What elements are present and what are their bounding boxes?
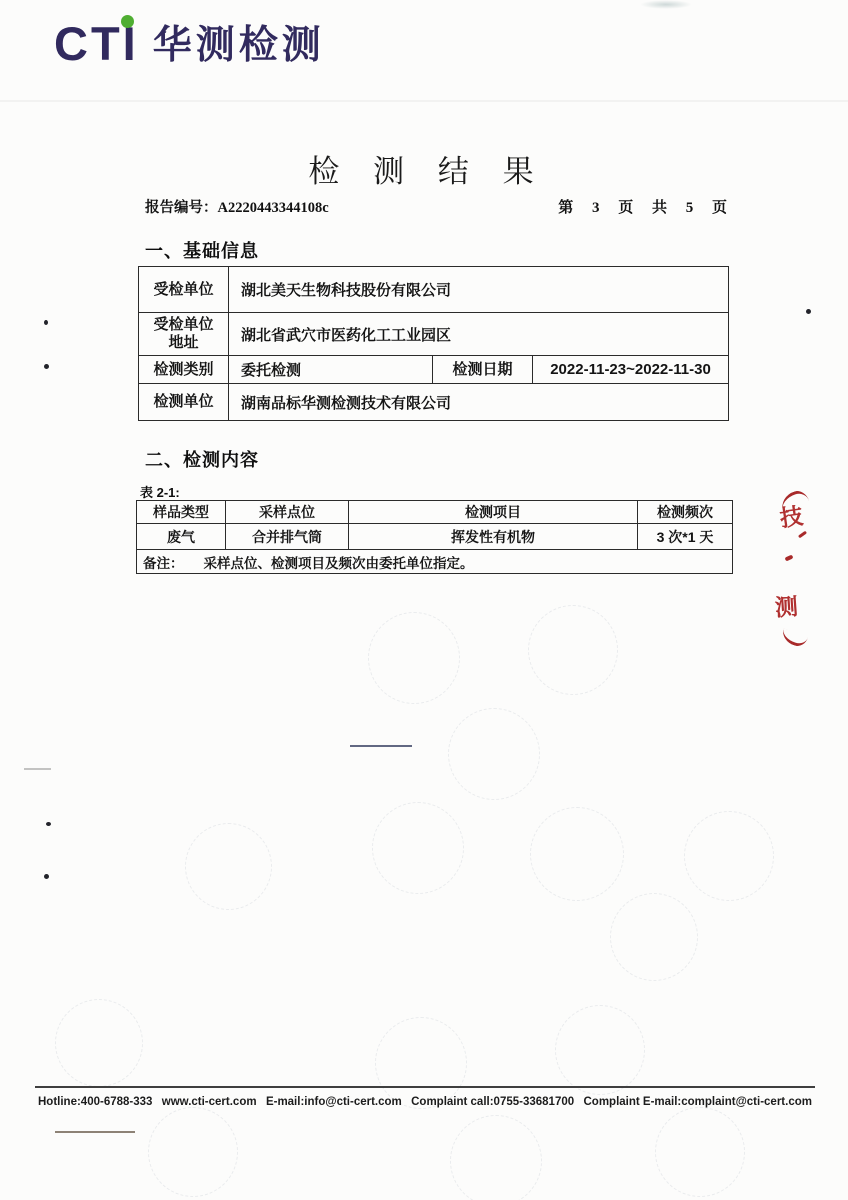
report-number: 报告编号：A2220443344108c [145, 196, 329, 217]
footer-complaint-email: Complaint E-mail:complaint@cti-cert.com [584, 1096, 812, 1108]
row-label-address: 受检单位地址 [139, 313, 229, 356]
table-header-row: 样品类型 采样点位 检测项目 检测频次 [137, 501, 733, 524]
row-label-test-type: 检测类别 [139, 356, 229, 384]
table-row: 受检单位 湖北美天生物科技股份有限公司 [139, 267, 729, 313]
watermark-ghost [655, 1107, 745, 1197]
watermark-ghost [368, 612, 460, 704]
row-value-test-date: 2022-11-23~2022-11-30 [533, 356, 729, 384]
test-content-table: 样品类型 采样点位 检测项目 检测频次 废气 合并排气筒 挥发性有机物 3 次*… [136, 500, 733, 574]
seal-character-top: 技 [779, 505, 805, 531]
watermark-ghost [148, 1107, 238, 1197]
scan-speck [46, 822, 51, 826]
watermark-ghost [450, 1115, 542, 1200]
row-value-address: 湖北省武穴市医药化工工业园区 [229, 313, 729, 356]
footer-divider [35, 1086, 815, 1088]
scan-line [350, 745, 412, 747]
scan-speck [44, 364, 49, 369]
table-row: 受检单位地址 湖北省武穴市医药化工工业园区 [139, 313, 729, 356]
row-label-testing-unit: 检测单位 [139, 384, 229, 421]
cti-logo-text-en: CTI [54, 18, 139, 70]
cti-logo-text-cn: 华测检测 [153, 22, 325, 70]
table-row: 检测类别 委托检测 检测日期 2022-11-23~2022-11-30 [139, 356, 729, 384]
col-header-sample-type: 样品类型 [137, 501, 226, 524]
cell-frequency: 3 次*1 天 [638, 524, 733, 550]
scan-mark [24, 768, 51, 770]
footer-website: www.cti-cert.com [162, 1096, 257, 1108]
seal-arc-icon [780, 628, 809, 648]
watermark-ghost [55, 999, 143, 1087]
red-seal-fragment: 技 测 [772, 486, 832, 656]
table-row: 废气 合并排气筒 挥发性有机物 3 次*1 天 [137, 524, 733, 550]
watermark-ghost [610, 893, 698, 981]
cti-logo: CTI 华测检测 [54, 18, 325, 70]
row-label-test-date: 检测日期 [433, 356, 533, 384]
scan-speck [44, 874, 49, 879]
cell-test-item: 挥发性有机物 [349, 524, 638, 550]
watermark-ghost [555, 1005, 645, 1095]
watermark-ghost [448, 708, 540, 800]
scan-speck [806, 309, 811, 314]
row-label-inspected-unit: 受检单位 [139, 267, 229, 313]
seal-mark-icon [798, 531, 807, 539]
footer-complaint-call: Complaint call:0755-33681700 [411, 1096, 574, 1108]
note-text: 采样点位、检测项目及频次由委托单位指定。 [204, 556, 474, 571]
col-header-test-item: 检测项目 [349, 501, 638, 524]
page-number-info: 第 3 页 共 5 页 [558, 196, 727, 217]
seal-mark-icon [785, 554, 794, 561]
scan-speck [44, 320, 48, 325]
scan-faint-rule [0, 100, 848, 102]
note-cell: 备注：采样点位、检测项目及频次由委托单位指定。 [137, 550, 733, 574]
logo-green-dot-icon [121, 15, 134, 28]
scan-smudge [640, 0, 692, 9]
cell-sample-type: 废气 [137, 524, 226, 550]
footer-contact-row: Hotline:400-6788-333 www.cti-cert.com E-… [38, 1096, 812, 1108]
seal-character-bottom: 测 [774, 595, 799, 620]
scan-dash [55, 1131, 135, 1133]
table-note-row: 备注：采样点位、检测项目及频次由委托单位指定。 [137, 550, 733, 574]
row-value-test-type: 委托检测 [229, 356, 433, 384]
watermark-ghost [185, 823, 272, 910]
col-header-sampling-point: 采样点位 [226, 501, 349, 524]
table-row: 检测单位 湖南品标华测检测技术有限公司 [139, 384, 729, 421]
table-2-1-label: 表 2-1: [140, 482, 180, 501]
footer-hotline: Hotline:400-6788-333 [38, 1096, 152, 1108]
watermark-ghost [528, 605, 618, 695]
footer-email: E-mail:info@cti-cert.com [266, 1096, 402, 1108]
report-page: CTI 华测检测 检 测 结 果 报告编号：A2220443344108c 第 … [0, 0, 848, 1200]
note-label: 备注： [143, 556, 184, 571]
basic-info-table: 受检单位 湖北美天生物科技股份有限公司 受检单位地址 湖北省武穴市医药化工工业园… [138, 266, 729, 421]
row-value-testing-unit: 湖南品标华测检测技术有限公司 [229, 384, 729, 421]
col-header-frequency: 检测频次 [638, 501, 733, 524]
section-heading-test-content: 二、检测内容 [145, 446, 259, 472]
page-title: 检 测 结 果 [0, 146, 848, 191]
row-value-inspected-unit: 湖北美天生物科技股份有限公司 [229, 267, 729, 313]
report-meta-row: 报告编号：A2220443344108c 第 3 页 共 5 页 [145, 196, 727, 217]
watermark-ghost [372, 802, 464, 894]
section-heading-basic-info: 一、基础信息 [145, 237, 259, 263]
watermark-ghost [530, 807, 624, 901]
watermark-ghost [684, 811, 774, 901]
cell-sampling-point: 合并排气筒 [226, 524, 349, 550]
